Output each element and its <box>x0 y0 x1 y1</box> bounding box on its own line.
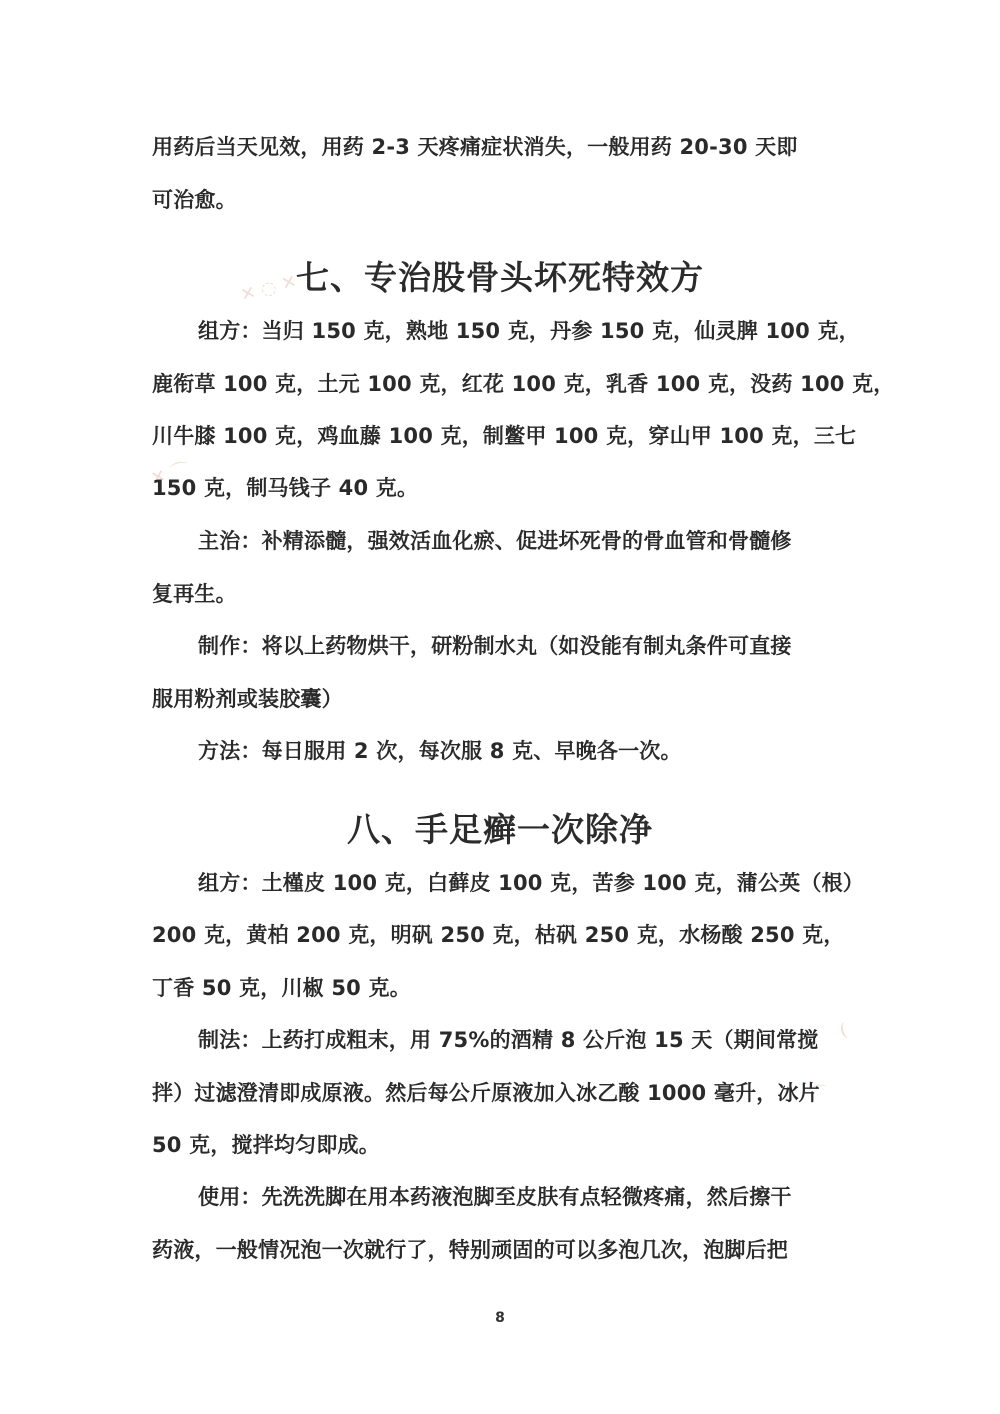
section-8-title: 八、手足癣一次除净 <box>0 808 1000 852</box>
s7-indication-text: 补精添髓，强效活血化瘀、促进坏死骨的骨血管和骨髓修 <box>262 529 792 553</box>
s8-method-text: 上药打成粗末，用 75%的酒精 8 公斤泡 15 天（期间常搅 <box>262 1028 819 1052</box>
s7-formula-label: 组方： <box>198 319 262 343</box>
intro-line-2: 可治愈。 <box>152 185 852 215</box>
s8-formula-line-1: 组方：土槿皮 100 克，白藓皮 100 克，苦参 100 克，蒲公英（根） <box>198 868 852 898</box>
document-page: ✕ ◌ ✕ ✕ ⌒ ( ⌒ 用药后当天见效，用药 2-3 天疼痛症状消失，一般用… <box>0 0 1000 1414</box>
s7-preparation-text: 将以上药物烘干，研粉制水丸（如没能有制丸条件可直接 <box>262 634 792 658</box>
s7-indication-line-1: 主治：补精添髓，强效活血化瘀、促进坏死骨的骨血管和骨髓修 <box>198 526 852 556</box>
s7-preparation-line-1: 制作：将以上药物烘干，研粉制水丸（如没能有制丸条件可直接 <box>198 631 852 661</box>
s7-usage-label: 方法： <box>198 739 262 763</box>
s7-formula-line-1: 组方：当归 150 克，熟地 150 克，丹参 150 克，仙灵脾 100 克， <box>198 316 852 346</box>
s8-method-line-2: 拌）过滤澄清即成原液。然后每公斤原液加入冰乙酸 1000 毫升，冰片 <box>152 1078 852 1108</box>
s8-formula-label: 组方： <box>198 871 262 895</box>
s7-indication-line-2: 复再生。 <box>152 579 852 609</box>
s7-indication-label: 主治： <box>198 529 262 553</box>
s8-usage-line-2: 药液，一般情况泡一次就行了，特别顽固的可以多泡几次，泡脚后把 <box>152 1235 852 1265</box>
s7-preparation-line-2: 服用粉剂或装胶囊） <box>152 684 852 714</box>
section-7-title: 七、专治股骨头坏死特效方 <box>0 256 1000 300</box>
s8-method-line-1: 制法：上药打成粗末，用 75%的酒精 8 公斤泡 15 天（期间常搅 <box>198 1025 852 1055</box>
s8-usage-text: 先洗洗脚在用本药液泡脚至皮肤有点轻微疼痛，然后擦干 <box>262 1185 792 1209</box>
s8-method-line-3: 50 克，搅拌均匀即成。 <box>152 1130 852 1160</box>
s8-formula-line-3: 丁香 50 克，川椒 50 克。 <box>152 973 852 1003</box>
s7-preparation-label: 制作： <box>198 634 262 658</box>
s8-usage-label: 使用： <box>198 1185 262 1209</box>
intro-line-1: 用药后当天见效，用药 2-3 天疼痛症状消失，一般用药 20-30 天即 <box>152 132 852 162</box>
s7-formula-line-2: 鹿衔草 100 克，土元 100 克，红花 100 克，乳香 100 克，没药 … <box>152 369 852 399</box>
s8-usage-line-1: 使用：先洗洗脚在用本药液泡脚至皮肤有点轻微疼痛，然后擦干 <box>198 1182 852 1212</box>
page-number: 8 <box>0 1310 1000 1326</box>
s8-method-label: 制法： <box>198 1028 262 1052</box>
s7-formula-line-3: 川牛膝 100 克，鸡血藤 100 克，制鳖甲 100 克，穿山甲 100 克，… <box>152 421 852 451</box>
s7-formula-text: 当归 150 克，熟地 150 克，丹参 150 克，仙灵脾 100 克， <box>262 319 860 343</box>
s7-usage-text: 每日服用 2 次，每次服 8 克、早晚各一次。 <box>262 739 682 763</box>
s8-formula-text: 土槿皮 100 克，白藓皮 100 克，苦参 100 克，蒲公英（根） <box>262 871 864 895</box>
s7-formula-line-4: 150 克，制马钱子 40 克。 <box>152 473 852 503</box>
s7-usage-line-1: 方法：每日服用 2 次，每次服 8 克、早晚各一次。 <box>198 736 852 766</box>
s8-formula-line-2: 200 克，黄柏 200 克，明矾 250 克，枯矾 250 克，水杨酸 250… <box>152 920 852 950</box>
